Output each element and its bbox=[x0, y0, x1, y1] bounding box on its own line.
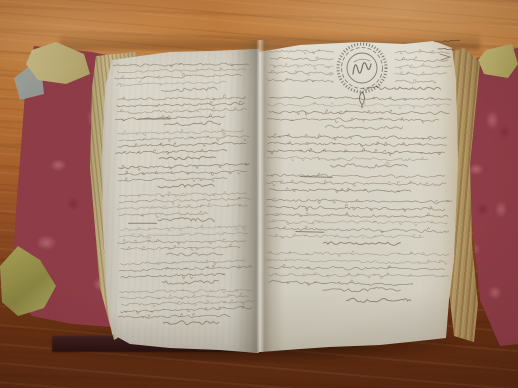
manuscript-photo bbox=[0, 0, 518, 388]
center-gutter-fold bbox=[236, 40, 282, 352]
right-manuscript-page bbox=[259, 38, 460, 352]
